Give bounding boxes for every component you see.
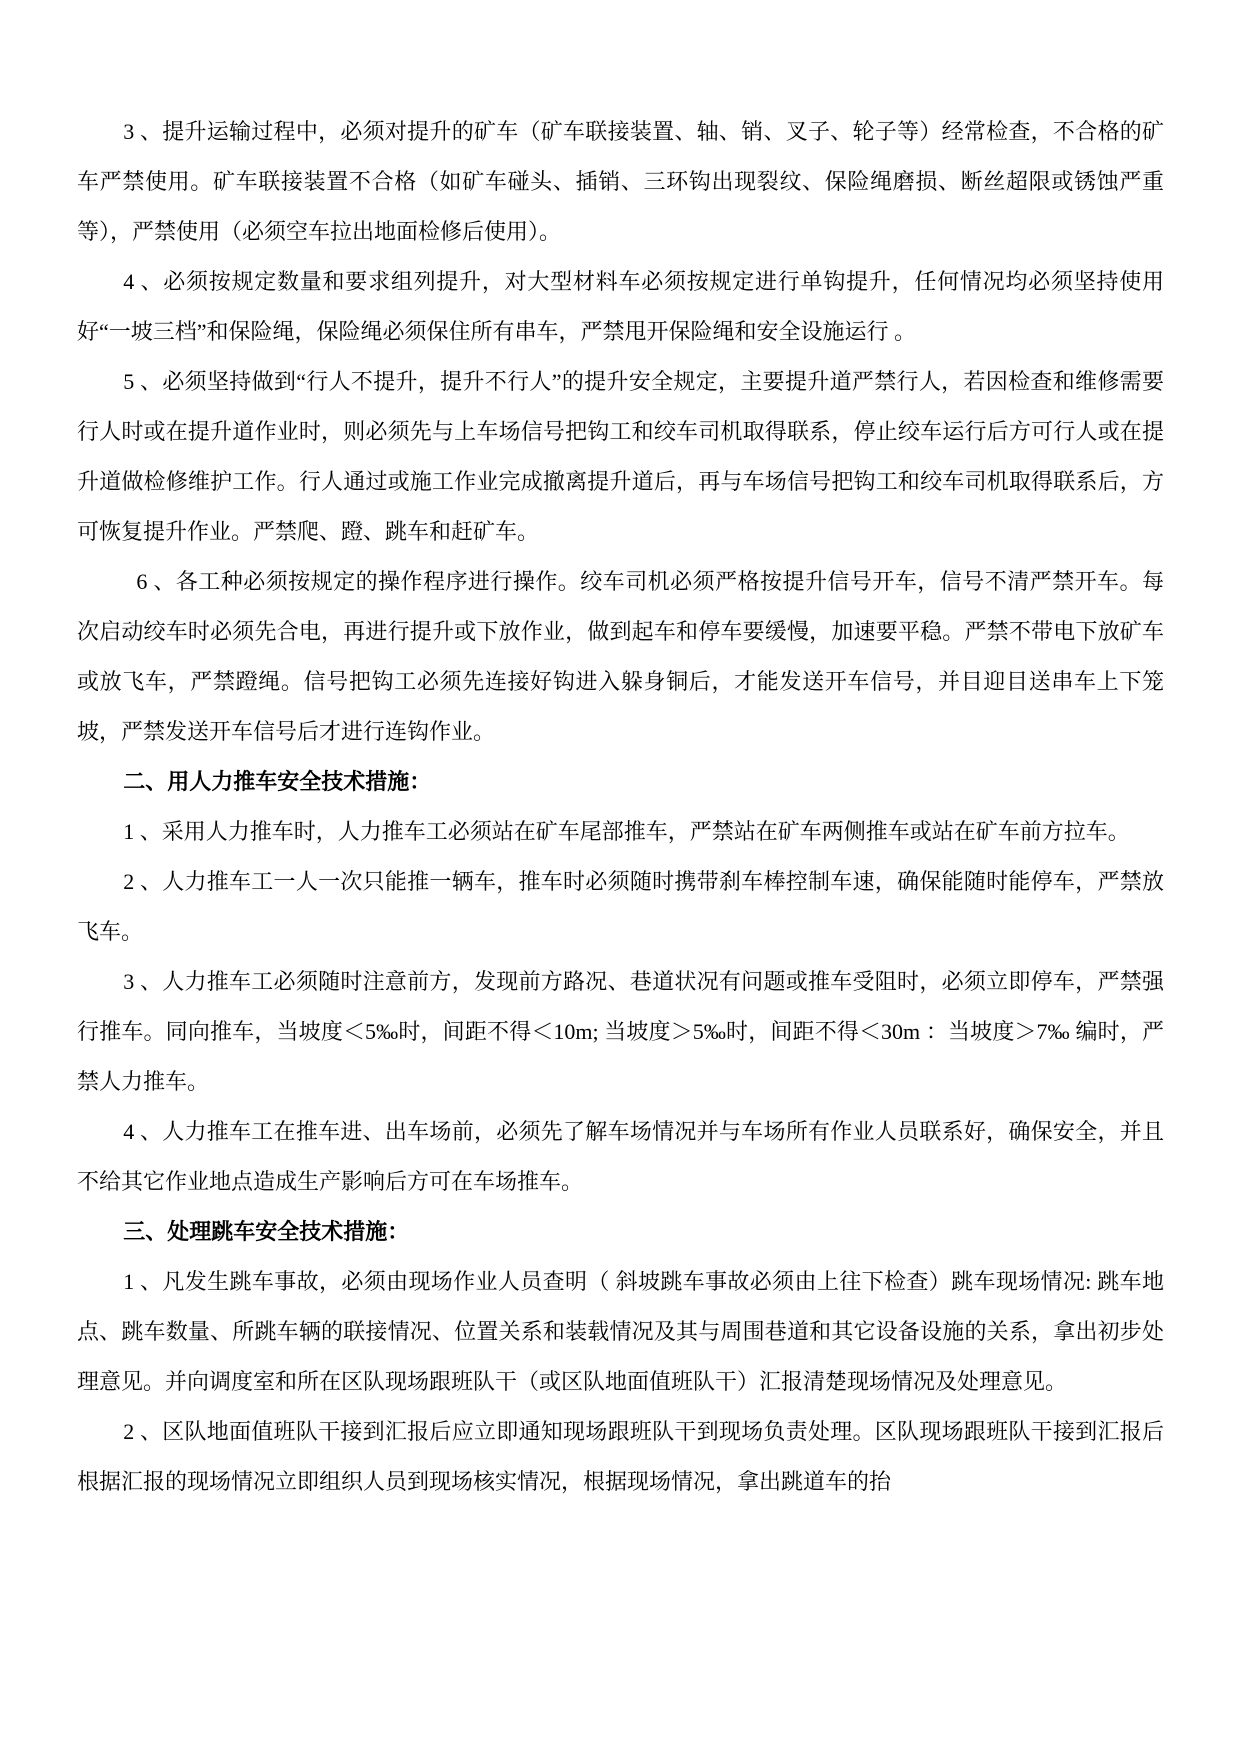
document-page: 3 、提升运输过程中，必须对提升的矿车（矿车联接装置、轴、销、叉子、轮子等）经常… — [0, 0, 1241, 1754]
section-heading: 二、用人力推车安全技术措施： — [77, 757, 1164, 807]
paragraph: 2 、人力推车工一人一次只能推一辆车，推车时必须随时携带刹车棒控制车速，确保能随… — [77, 857, 1164, 957]
document-content: 3 、提升运输过程中，必须对提升的矿车（矿车联接装置、轴、销、叉子、轮子等）经常… — [77, 107, 1164, 1507]
paragraph: 5 、必须坚持做到“行人不提升，提升不行人”的提升安全规定，主要提升道严禁行人，… — [77, 357, 1164, 557]
paragraph: 6 、各工种必须按规定的操作程序进行操作。绞车司机必须严格按提升信号开车，信号不… — [77, 557, 1164, 757]
paragraph: 2 、区队地面值班队干接到汇报后应立即通知现场跟班队干到现场负责处理。区队现场跟… — [77, 1407, 1164, 1507]
paragraph: 4 、必须按规定数量和要求组列提升，对大型材料车必须按规定进行单钩提升，任何情况… — [77, 257, 1164, 357]
paragraph: 4 、人力推车工在推车进、出车场前，必须先了解车场情况并与车场所有作业人员联系好… — [77, 1107, 1164, 1207]
section-heading: 三、处理跳车安全技术措施： — [77, 1207, 1164, 1257]
paragraph: 1 、凡发生跳车事故，必须由现场作业人员查明（ 斜坡跳车事故必须由上往下检查）跳… — [77, 1257, 1164, 1407]
paragraph: 3 、人力推车工必须随时注意前方，发现前方路况、巷道状况有问题或推车受阻时，必须… — [77, 957, 1164, 1107]
paragraph: 1 、采用人力推车时，人力推车工必须站在矿车尾部推车，严禁站在矿车两侧推车或站在… — [77, 807, 1164, 857]
paragraph: 3 、提升运输过程中，必须对提升的矿车（矿车联接装置、轴、销、叉子、轮子等）经常… — [77, 107, 1164, 257]
